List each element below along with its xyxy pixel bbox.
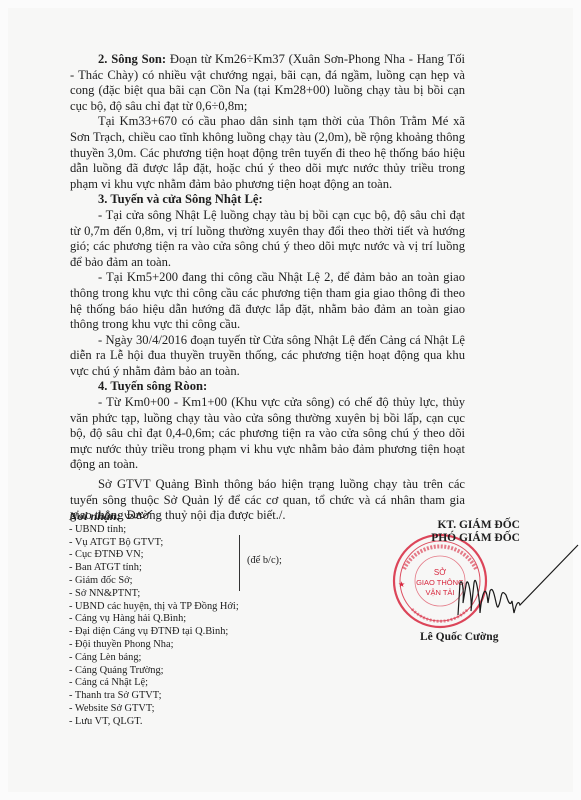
recipient-item: - Cảng Quảng Trường;: [69, 665, 299, 678]
recipient-item: - Thanh tra Sở GTVT;: [69, 690, 299, 703]
body-paragraph: - Tại cửa sông Nhật Lệ luồng chạy tàu bị…: [70, 208, 465, 270]
recipient-item: - Cảng cá Nhật Lệ;: [69, 677, 299, 690]
grouping-bracket: [239, 535, 240, 591]
section-heading: 2. Sông Son:: [98, 52, 166, 66]
signature-block: ★ SỞ GIAO THÔNG VẬN TẢI KT. GIÁM ĐỐC PHÓ…: [390, 513, 580, 653]
recipients-block: Nơi nhận: - UBND tỉnh;- Vụ ATGT Bộ GTVT;…: [69, 510, 299, 729]
recipient-item: - Cảng vụ Hàng hải Q.Bình;: [69, 613, 299, 626]
recipient-item: - Giám đốc Sở;: [69, 575, 299, 588]
section-paragraph: 2. Sông Son: Đoạn từ Km26÷Km37 (Xuân Sơn…: [70, 52, 465, 114]
body-paragraph: - Từ Km0+00 - Km1+00 (Khu vực cửa sông) …: [70, 395, 465, 473]
handwritten-signature-icon: [450, 543, 580, 623]
recipient-item: - Đội thuyền Phong Nha;: [69, 639, 299, 652]
signatory-subtitle: PHÓ GIÁM ĐỐC: [431, 532, 520, 544]
initials-scribble-icon: [123, 510, 153, 522]
document-page: 2. Sông Son: Đoạn từ Km26÷Km37 (Xuân Sơn…: [8, 8, 573, 792]
svg-text:★: ★: [398, 580, 405, 589]
grouping-note: (để b/c);: [247, 555, 282, 568]
recipients-title: Nơi nhận:: [69, 510, 299, 523]
recipient-item: - Website Sở GTVT;: [69, 703, 299, 716]
body-paragraph: Tại Km33+670 có cầu phao dân sinh tạm th…: [70, 114, 465, 192]
recipient-item: - UBND tỉnh;: [69, 524, 299, 537]
signatory-name: Lê Quốc Cường: [420, 631, 498, 643]
signatory-title: KT. GIÁM ĐỐC: [437, 519, 520, 531]
svg-text:SỞ: SỞ: [434, 568, 446, 577]
body-paragraph: - Tại Km5+200 đang thi công cầu Nhật Lệ …: [70, 270, 465, 332]
body-paragraph: - Ngày 30/4/2016 đoạn tuyến từ Cửa sông …: [70, 333, 465, 380]
section-heading: 3. Tuyến và cửa Sông Nhật Lệ:: [70, 192, 465, 208]
recipient-item: - Cảng Lèn bảng;: [69, 652, 299, 665]
recipient-item: - Sở NN&PTNT;: [69, 588, 299, 601]
recipient-item: - Đại diện Cảng vụ ĐTNĐ tại Q.Bình;: [69, 626, 299, 639]
recipient-item: - Vụ ATGT Bộ GTVT;: [69, 537, 299, 550]
document-body: 2. Sông Son: Đoạn từ Km26÷Km37 (Xuân Sơn…: [70, 52, 465, 524]
recipient-item: - Lưu VT, QLGT.: [69, 716, 299, 729]
section-heading: 4. Tuyến sông Ròon:: [70, 379, 465, 395]
recipient-item: - UBND các huyện, thị và TP Đồng Hới;: [69, 601, 299, 614]
